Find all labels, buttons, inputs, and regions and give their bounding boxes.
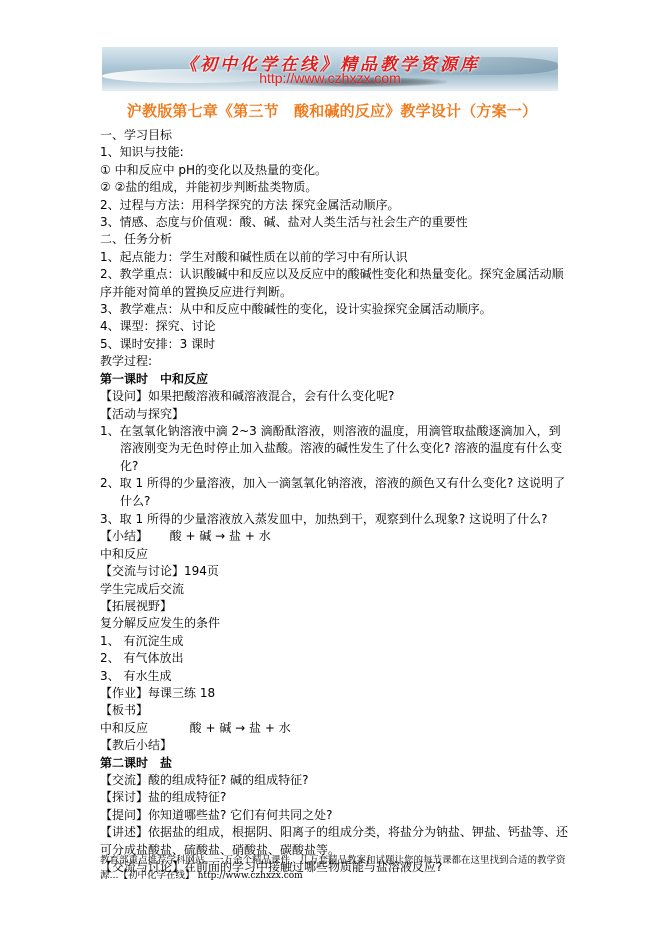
section-heading-analysis: 二、任务分析 [100, 231, 570, 248]
conditions-heading: 复分解反应发生的条件 [100, 615, 570, 632]
activity-label: 【活动与探究】 [100, 406, 570, 423]
lesson-2-explore: 【探讨】盐的组成特征? [100, 789, 570, 806]
document-body: 一、学习目标 1、知识与技能: ① 中和反应中 pH的变化以及热量的变化。 ② … [100, 127, 570, 876]
board-equation: 酸 + 碱 → 盐 + 水 [190, 721, 291, 735]
students-exchange: 学生完成后交流 [100, 581, 570, 598]
homework: 【作业】每课三练 18 [100, 685, 570, 702]
process-method: 2、过程与方法：用科学探究的方法 探究金属活动顺序。 [100, 197, 570, 214]
reflection-label: 【教后小结】 [100, 737, 570, 754]
analysis-item-3: 3、教学难点：从中和反应中酸碱性的变化，设计实验探究金属活动顺序。 [100, 301, 570, 318]
extend-label: 【拓展视野】 [100, 598, 570, 615]
activity-item-3: 3、取 1 所得的少量溶液放入蒸发皿中，加热到干，观察到什么现象? 这说明了什么… [100, 511, 570, 528]
board-label: 【板书】 [100, 702, 570, 719]
emotion-values: 3、情感、态度与价值观：酸、碱、盐对人类生活与社会生产的重要性 [100, 214, 570, 231]
summary-label: 【小结】 [100, 529, 148, 543]
activity-item-1: 1、在氢氧化钠溶液中滴 2~3 滴酚酞溶液，则溶液的温度，用滴管取盐酸逐滴加入，… [100, 423, 570, 475]
neutralization-label: 中和反应 [100, 546, 570, 563]
lesson-2-exchange: 【交流】酸的组成特征? 碱的组成特征? [100, 772, 570, 789]
condition-item-3: 3、 有水生成 [100, 668, 570, 685]
analysis-item-1: 1、起点能力：学生对酸和碱性质在以前的学习中有所认识 [100, 249, 570, 266]
section-heading-objectives: 一、学习目标 [100, 127, 570, 144]
summary-equation: 酸 + 碱 → 盐 + 水 [170, 529, 271, 543]
board-row: 中和反应 酸 + 碱 → 盐 + 水 [100, 720, 570, 737]
document-title: 沪教版第七章《第三节 酸和碱的反应》教学设计（方案一） [92, 100, 572, 121]
analysis-item-5: 5、课时安排：3 课时 [100, 336, 570, 353]
board-name: 中和反应 [100, 721, 148, 735]
footer-url-link[interactable]: http://www.czhxzx.com [198, 871, 303, 881]
teaching-process-label: 教学过程: [100, 353, 570, 370]
discussion-item: 【交流与讨论】194页 [100, 563, 570, 580]
condition-item-1: 1、 有沉淀生成 [100, 633, 570, 650]
summary-row: 【小结】 酸 + 碱 → 盐 + 水 [100, 528, 570, 545]
activity-item-2: 2、取 1 所得的少量溶液，加入一滴氢氧化钠溶液，溶液的颜色又有什么变化? 这说… [100, 475, 570, 510]
lesson-1-question: 【设问】如果把酸溶液和碱溶液混合，会有什么变化呢? [100, 388, 570, 405]
lesson-1-heading: 第一课时 中和反应 [100, 371, 570, 388]
site-banner: 《初中化学在线》精品教学资源库 http://www.czhxzx.com [102, 47, 558, 91]
knowledge-label: 1、知识与技能: [100, 144, 570, 161]
knowledge-item-2: ② ②盐的组成，并能初步判断盐类物质。 [100, 179, 570, 196]
lesson-2-heading: 第二课时 盐 [100, 755, 570, 772]
lesson-2-ask: 【提问】你知道哪些盐? 它们有何共同之处? [100, 807, 570, 824]
knowledge-item-1: ① 中和反应中 pH的变化以及热量的变化。 [100, 162, 570, 179]
analysis-item-4: 4、课型：探究、讨论 [100, 318, 570, 335]
page-footer: 教育部重点推荐学科网站。一万余个精品课件，几万套精品教案和试题让您的每节课都在这… [100, 853, 570, 884]
footer-text: 教育部重点推荐学科网站。一万余个精品课件，几万套精品教案和试题让您的每节课都在这… [100, 855, 566, 881]
analysis-item-2: 2、教学重点：认识酸碱中和反应以及反应中的酸碱性变化和热量变化。探究金属活动顺序… [100, 266, 570, 301]
banner-url[interactable]: http://www.czhxzx.com [102, 70, 558, 86]
condition-item-2: 2、 有气体放出 [100, 650, 570, 667]
